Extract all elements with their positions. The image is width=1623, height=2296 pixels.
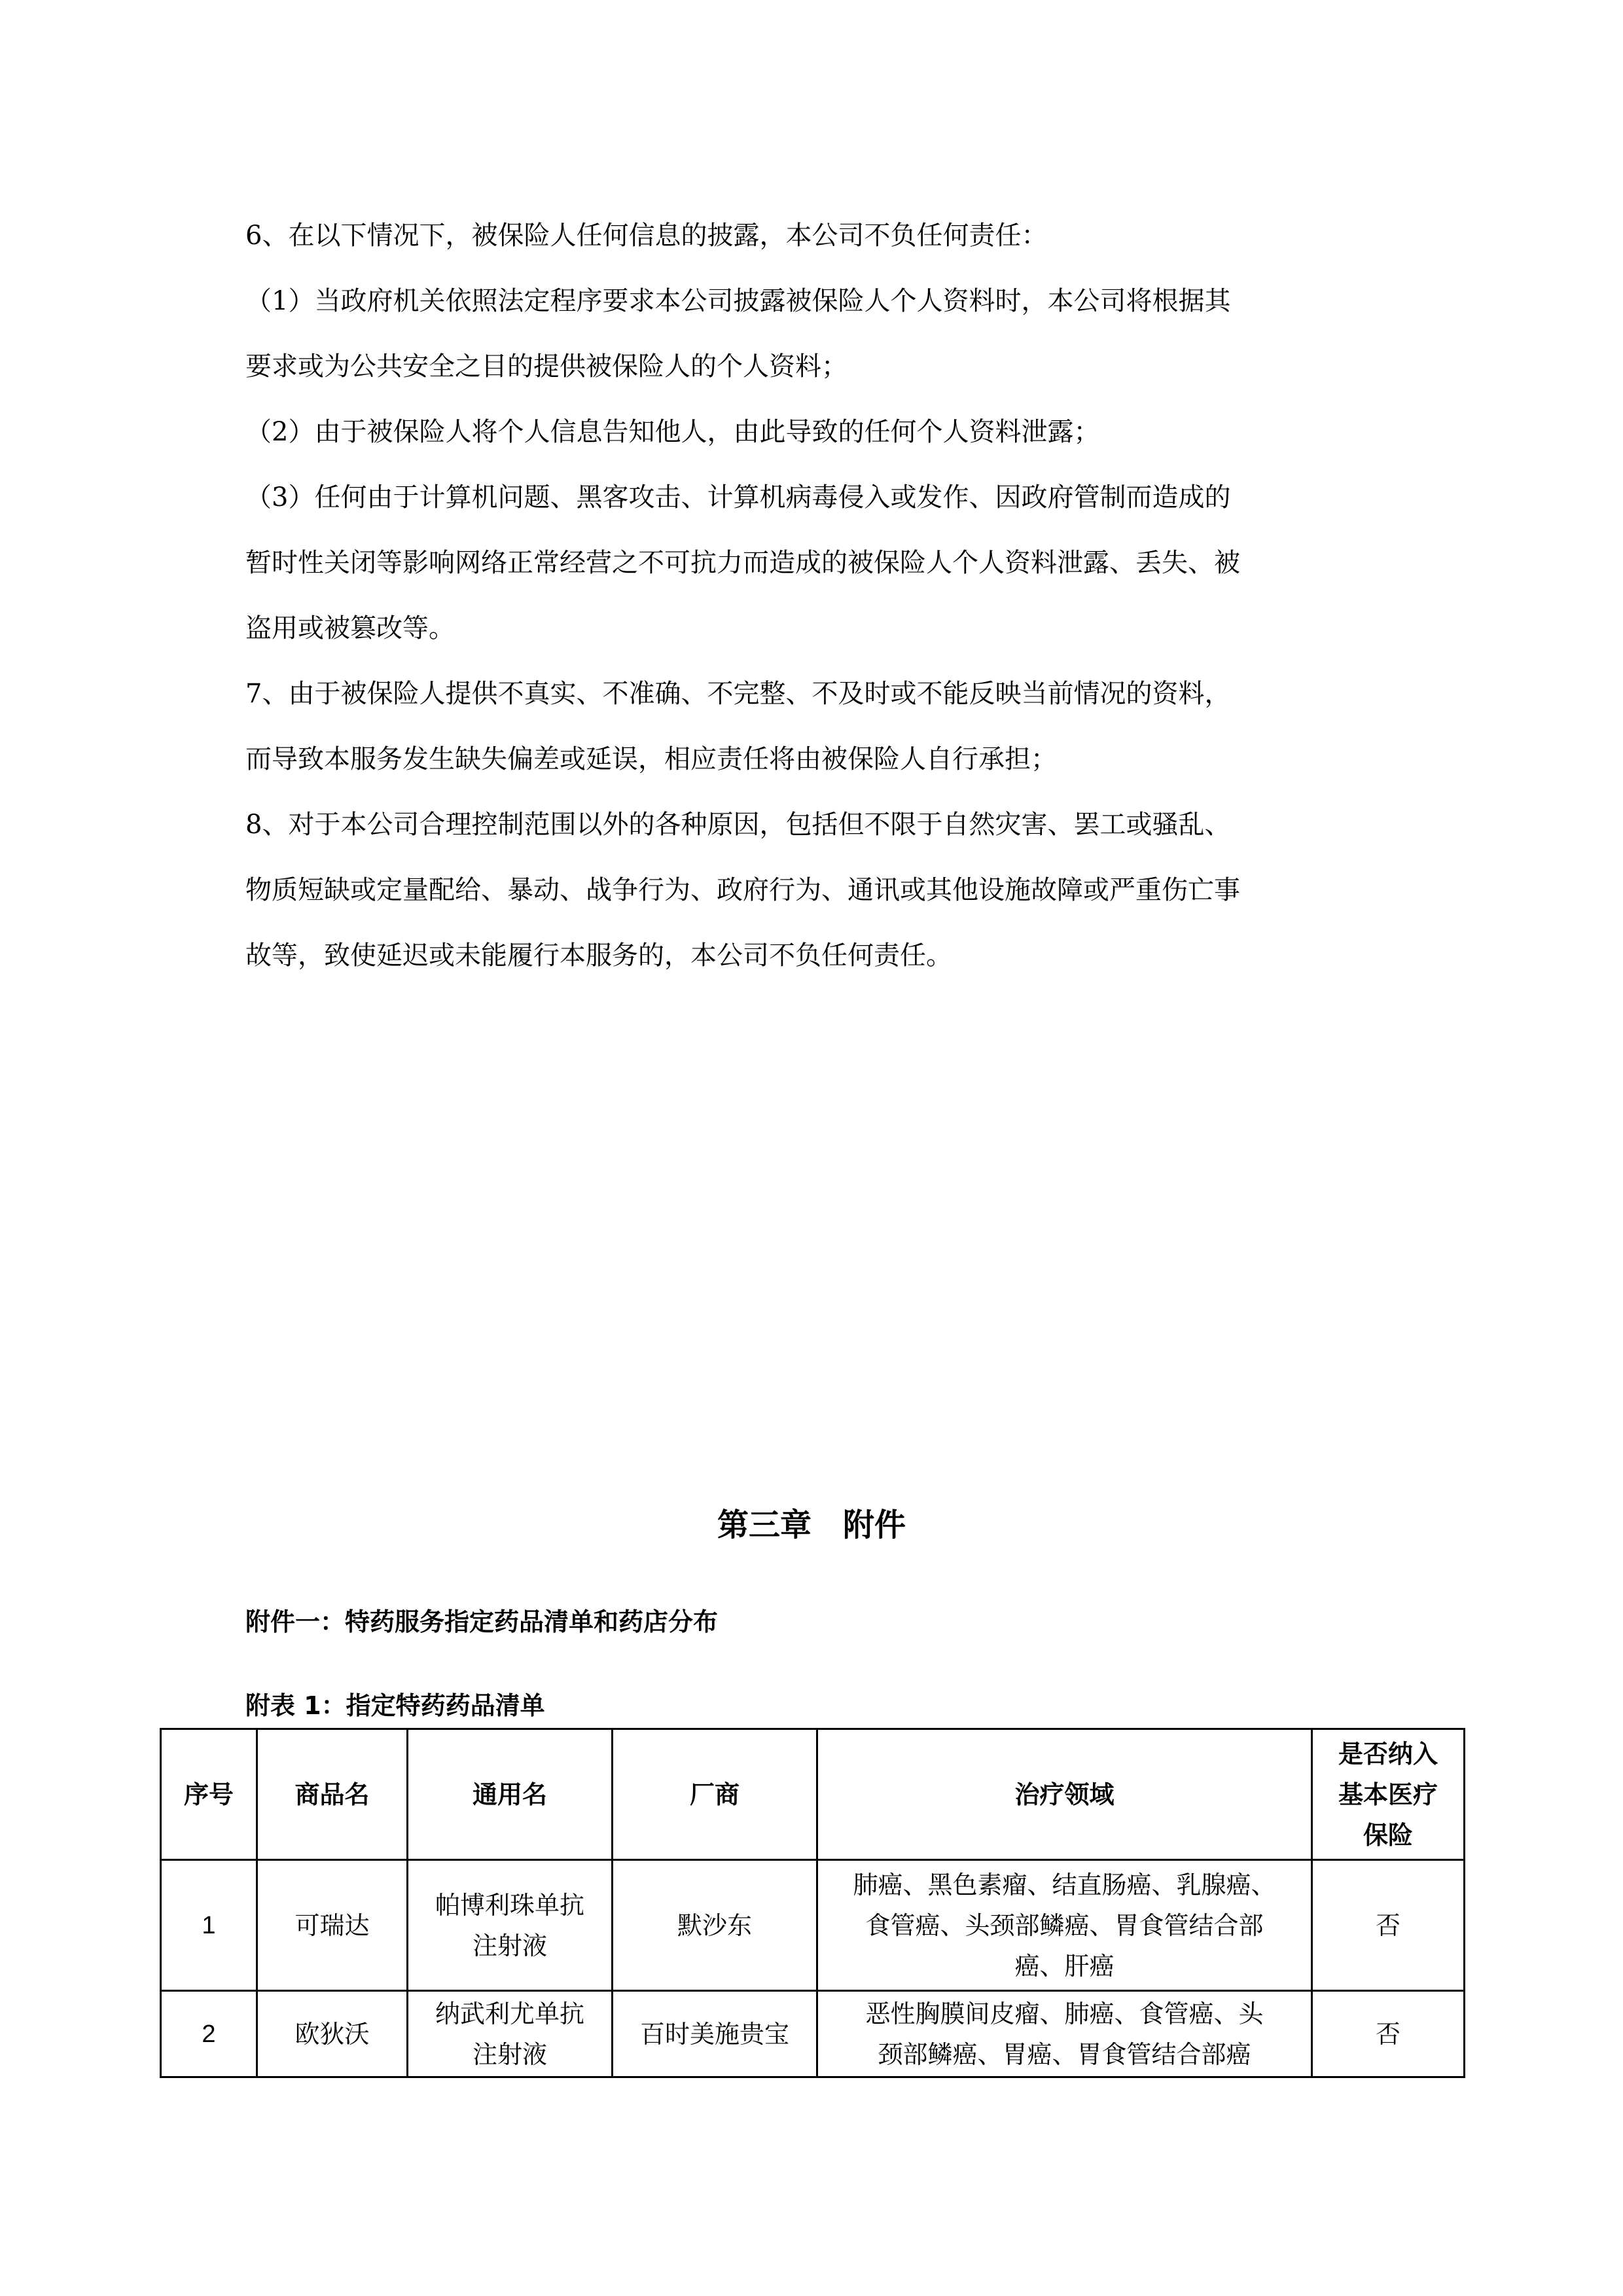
- cell-generic-name: 纳武利尤单抗 注射液: [408, 1991, 613, 2077]
- clause-7-line2: 而导致本服务发生缺失偏差或延误，相应责任将由被保险人自行承担；: [245, 726, 1378, 792]
- generic-line2: 注射液: [412, 1926, 607, 1966]
- clause-7-line1: 7、由于被保险人提供不真实、不准确、不完整、不及时或不能反映当前情况的资料，: [245, 661, 1378, 726]
- document-page: 6、在以下情况下，被保险人任何信息的披露，本公司不负任何责任： （1）当政府机关…: [0, 0, 1623, 2296]
- header-insurance-line1: 是否纳入: [1317, 1734, 1459, 1774]
- cell-manufacturer: 默沙东: [613, 1860, 817, 1991]
- clause-8-line2: 物质短缺或定量配给、暴动、战争行为、政府行为、通讯或其他设施故障或严重伤亡事: [245, 857, 1378, 923]
- attachment-heading: 附件一：特药服务指定药品清单和药店分布: [245, 1604, 718, 1640]
- cell-brand-name: 欧狄沃: [257, 1991, 408, 2077]
- cell-generic-name: 帕博利珠单抗 注射液: [408, 1860, 613, 1991]
- generic-line1: 纳武利尤单抗: [412, 1994, 607, 2034]
- generic-line2: 注射液: [412, 2034, 607, 2075]
- designated-drug-table: 序号 商品名 通用名 厂商 治疗领域 是否纳入 基本医疗 保险 1 可瑞达 帕博…: [160, 1728, 1465, 2078]
- disclaimer-clauses: 6、在以下情况下，被保险人任何信息的披露，本公司不负任何责任： （1）当政府机关…: [245, 203, 1378, 988]
- table-row: 1 可瑞达 帕博利珠单抗 注射液 默沙东 肺癌、黑色素瘤、结直肠癌、乳腺癌、 食…: [161, 1860, 1465, 1991]
- cell-insurance: 否: [1312, 1991, 1465, 2077]
- table-row: 2 欧狄沃 纳武利尤单抗 注射液 百时美施贵宝 恶性胸膜间皮瘤、肺癌、食管癌、头…: [161, 1991, 1465, 2077]
- indication-line1: 恶性胸膜间皮瘤、肺癌、食管癌、头: [822, 1994, 1307, 2034]
- cell-index: 1: [161, 1860, 257, 1991]
- header-insurance: 是否纳入 基本医疗 保险: [1312, 1729, 1465, 1860]
- cell-manufacturer: 百时美施贵宝: [613, 1991, 817, 2077]
- cell-indication: 恶性胸膜间皮瘤、肺癌、食管癌、头 颈部鳞癌、胃癌、胃食管结合部癌: [817, 1991, 1312, 2077]
- clause-6-1-line1: （1）当政府机关依照法定程序要求本公司披露被保险人个人资料时，本公司将根据其: [245, 268, 1378, 334]
- indication-line3: 癌、肝癌: [822, 1946, 1307, 1986]
- cell-index: 2: [161, 1991, 257, 2077]
- indication-line1: 肺癌、黑色素瘤、结直肠癌、乳腺癌、: [822, 1865, 1307, 1905]
- clause-6-2: （2）由于被保险人将个人信息告知他人，由此导致的任何个人资料泄露；: [245, 399, 1378, 465]
- chapter-title: 第三章附件: [0, 1502, 1623, 1548]
- cell-brand-name: 可瑞达: [257, 1860, 408, 1991]
- header-generic-name: 通用名: [408, 1729, 613, 1860]
- header-insurance-line3: 保险: [1317, 1815, 1459, 1856]
- clause-6-3-line3: 盗用或被篡改等。: [245, 596, 1378, 661]
- header-manufacturer: 厂商: [613, 1729, 817, 1860]
- header-index: 序号: [161, 1729, 257, 1860]
- chapter-number: 第三章: [717, 1507, 811, 1543]
- cell-indication: 肺癌、黑色素瘤、结直肠癌、乳腺癌、 食管癌、头颈部鳞癌、胃食管结合部 癌、肝癌: [817, 1860, 1312, 1991]
- clause-6-3-line2: 暂时性关闭等影响网络正常经营之不可抗力而造成的被保险人个人资料泄露、丢失、被: [245, 530, 1378, 596]
- indication-line2: 食管癌、头颈部鳞癌、胃食管结合部: [822, 1905, 1307, 1946]
- generic-line1: 帕博利珠单抗: [412, 1885, 607, 1926]
- header-brand-name: 商品名: [257, 1729, 408, 1860]
- chapter-name: 附件: [843, 1507, 906, 1543]
- header-indication: 治疗领域: [817, 1729, 1312, 1860]
- cell-insurance: 否: [1312, 1860, 1465, 1991]
- clause-6-3-line1: （3）任何由于计算机问题、黑客攻击、计算机病毒侵入或发作、因政府管制而造成的: [245, 465, 1378, 530]
- table-header-row: 序号 商品名 通用名 厂商 治疗领域 是否纳入 基本医疗 保险: [161, 1729, 1465, 1860]
- header-insurance-line2: 基本医疗: [1317, 1774, 1459, 1815]
- indication-line2: 颈部鳞癌、胃癌、胃食管结合部癌: [822, 2034, 1307, 2075]
- clause-6-1-line2: 要求或为公共安全之目的提供被保险人的个人资料；: [245, 334, 1378, 399]
- clause-8-line1: 8、对于本公司合理控制范围以外的各种原因，包括但不限于自然灾害、罢工或骚乱、: [245, 792, 1378, 857]
- clause-6: 6、在以下情况下，被保险人任何信息的披露，本公司不负任何责任：: [245, 203, 1378, 268]
- table-caption: 附表 1：指定特药药品清单: [245, 1687, 545, 1724]
- clause-8-line3: 故等，致使延迟或未能履行本服务的，本公司不负任何责任。: [245, 923, 1378, 988]
